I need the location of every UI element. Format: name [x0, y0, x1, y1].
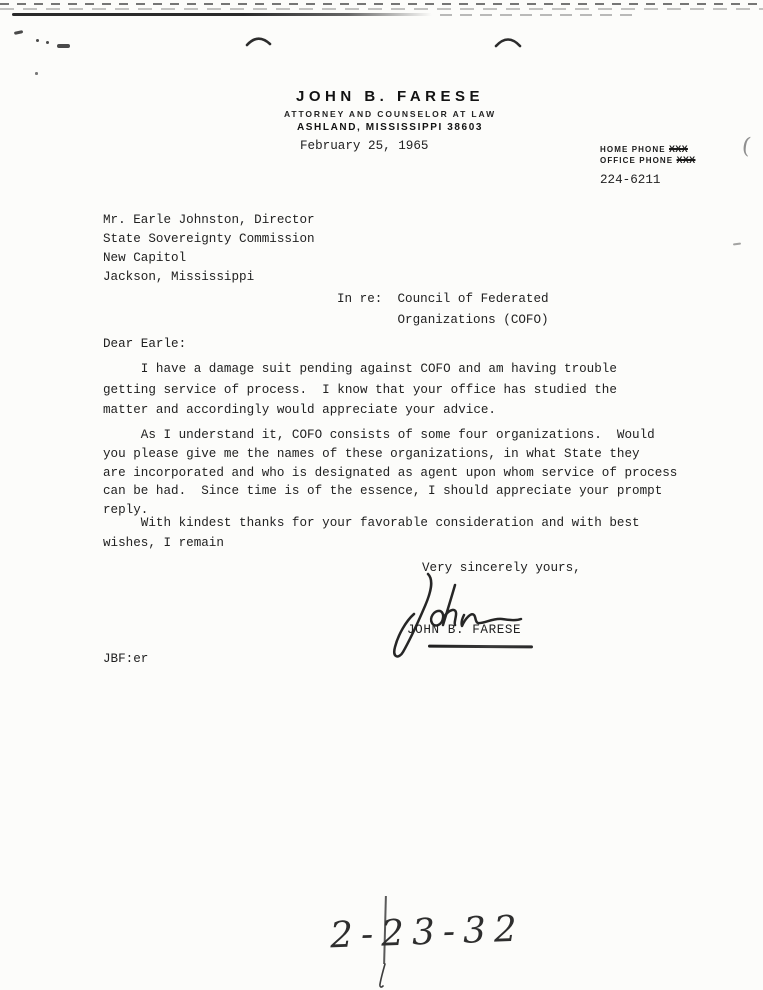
pencil-mark-2 [36, 39, 39, 42]
office-phone-label: OFFICE PHONE [600, 156, 677, 165]
typed-signature-name: JOHN B. FARESE [407, 621, 521, 640]
recipient-address: Mr. Earle Johnston, Director State Sover… [103, 211, 315, 287]
staple-mark-right [494, 35, 522, 48]
home-phone-struck: XXX [669, 144, 688, 154]
pencil-mark-1 [14, 30, 23, 34]
letterhead-title: ATTORNEY AND COUNSELOR AT LAW [240, 109, 540, 119]
pen-stroke-hook [376, 962, 388, 990]
scan-edge-mark-2 [733, 242, 741, 245]
date-line: February 25, 1965 [300, 137, 428, 156]
phone-number: 224-6211 [600, 171, 695, 190]
staple-mark-left [245, 34, 273, 47]
home-phone-row: HOME PHONE XXX [600, 144, 695, 155]
pencil-mark-3 [46, 41, 49, 44]
salutation: Dear Earle: [103, 335, 186, 354]
body-paragraph-1: I have a damage suit pending against COF… [103, 359, 617, 421]
office-phone-struck: XXX [677, 155, 696, 165]
scan-edge-mark: ( [740, 134, 752, 160]
scan-speck [35, 72, 38, 75]
letterhead-name: JOHN B. FARESE [240, 88, 540, 105]
scan-smear-line [12, 13, 432, 16]
phone-block: HOME PHONE XXX OFFICE PHONE XXX 224-6211 [600, 144, 695, 190]
letterhead-address: ASHLAND, MISSISSIPPI 38603 [240, 122, 540, 133]
scan-smear-line-2 [440, 14, 640, 16]
scan-dashed-edge-top-2 [0, 8, 763, 10]
letter-page: ( JOHN B. FARESE ATTORNEY AND COUNSELOR … [0, 0, 763, 990]
office-phone-row: OFFICE PHONE XXX [600, 155, 695, 166]
letterhead: JOHN B. FARESE ATTORNEY AND COUNSELOR AT… [240, 88, 540, 133]
subject-line: In re: Council of Federated Organization… [337, 289, 549, 331]
pencil-mark-4 [57, 44, 70, 48]
body-paragraph-2: As I understand it, COFO consists of som… [103, 426, 677, 520]
home-phone-label: HOME PHONE [600, 145, 669, 154]
body-paragraph-3: With kindest thanks for your favorable c… [103, 514, 640, 553]
scan-dashed-edge-top [0, 3, 763, 5]
typist-initials: JBF:er [103, 650, 148, 669]
handwritten-date-number: 2-23-32 [329, 909, 525, 957]
